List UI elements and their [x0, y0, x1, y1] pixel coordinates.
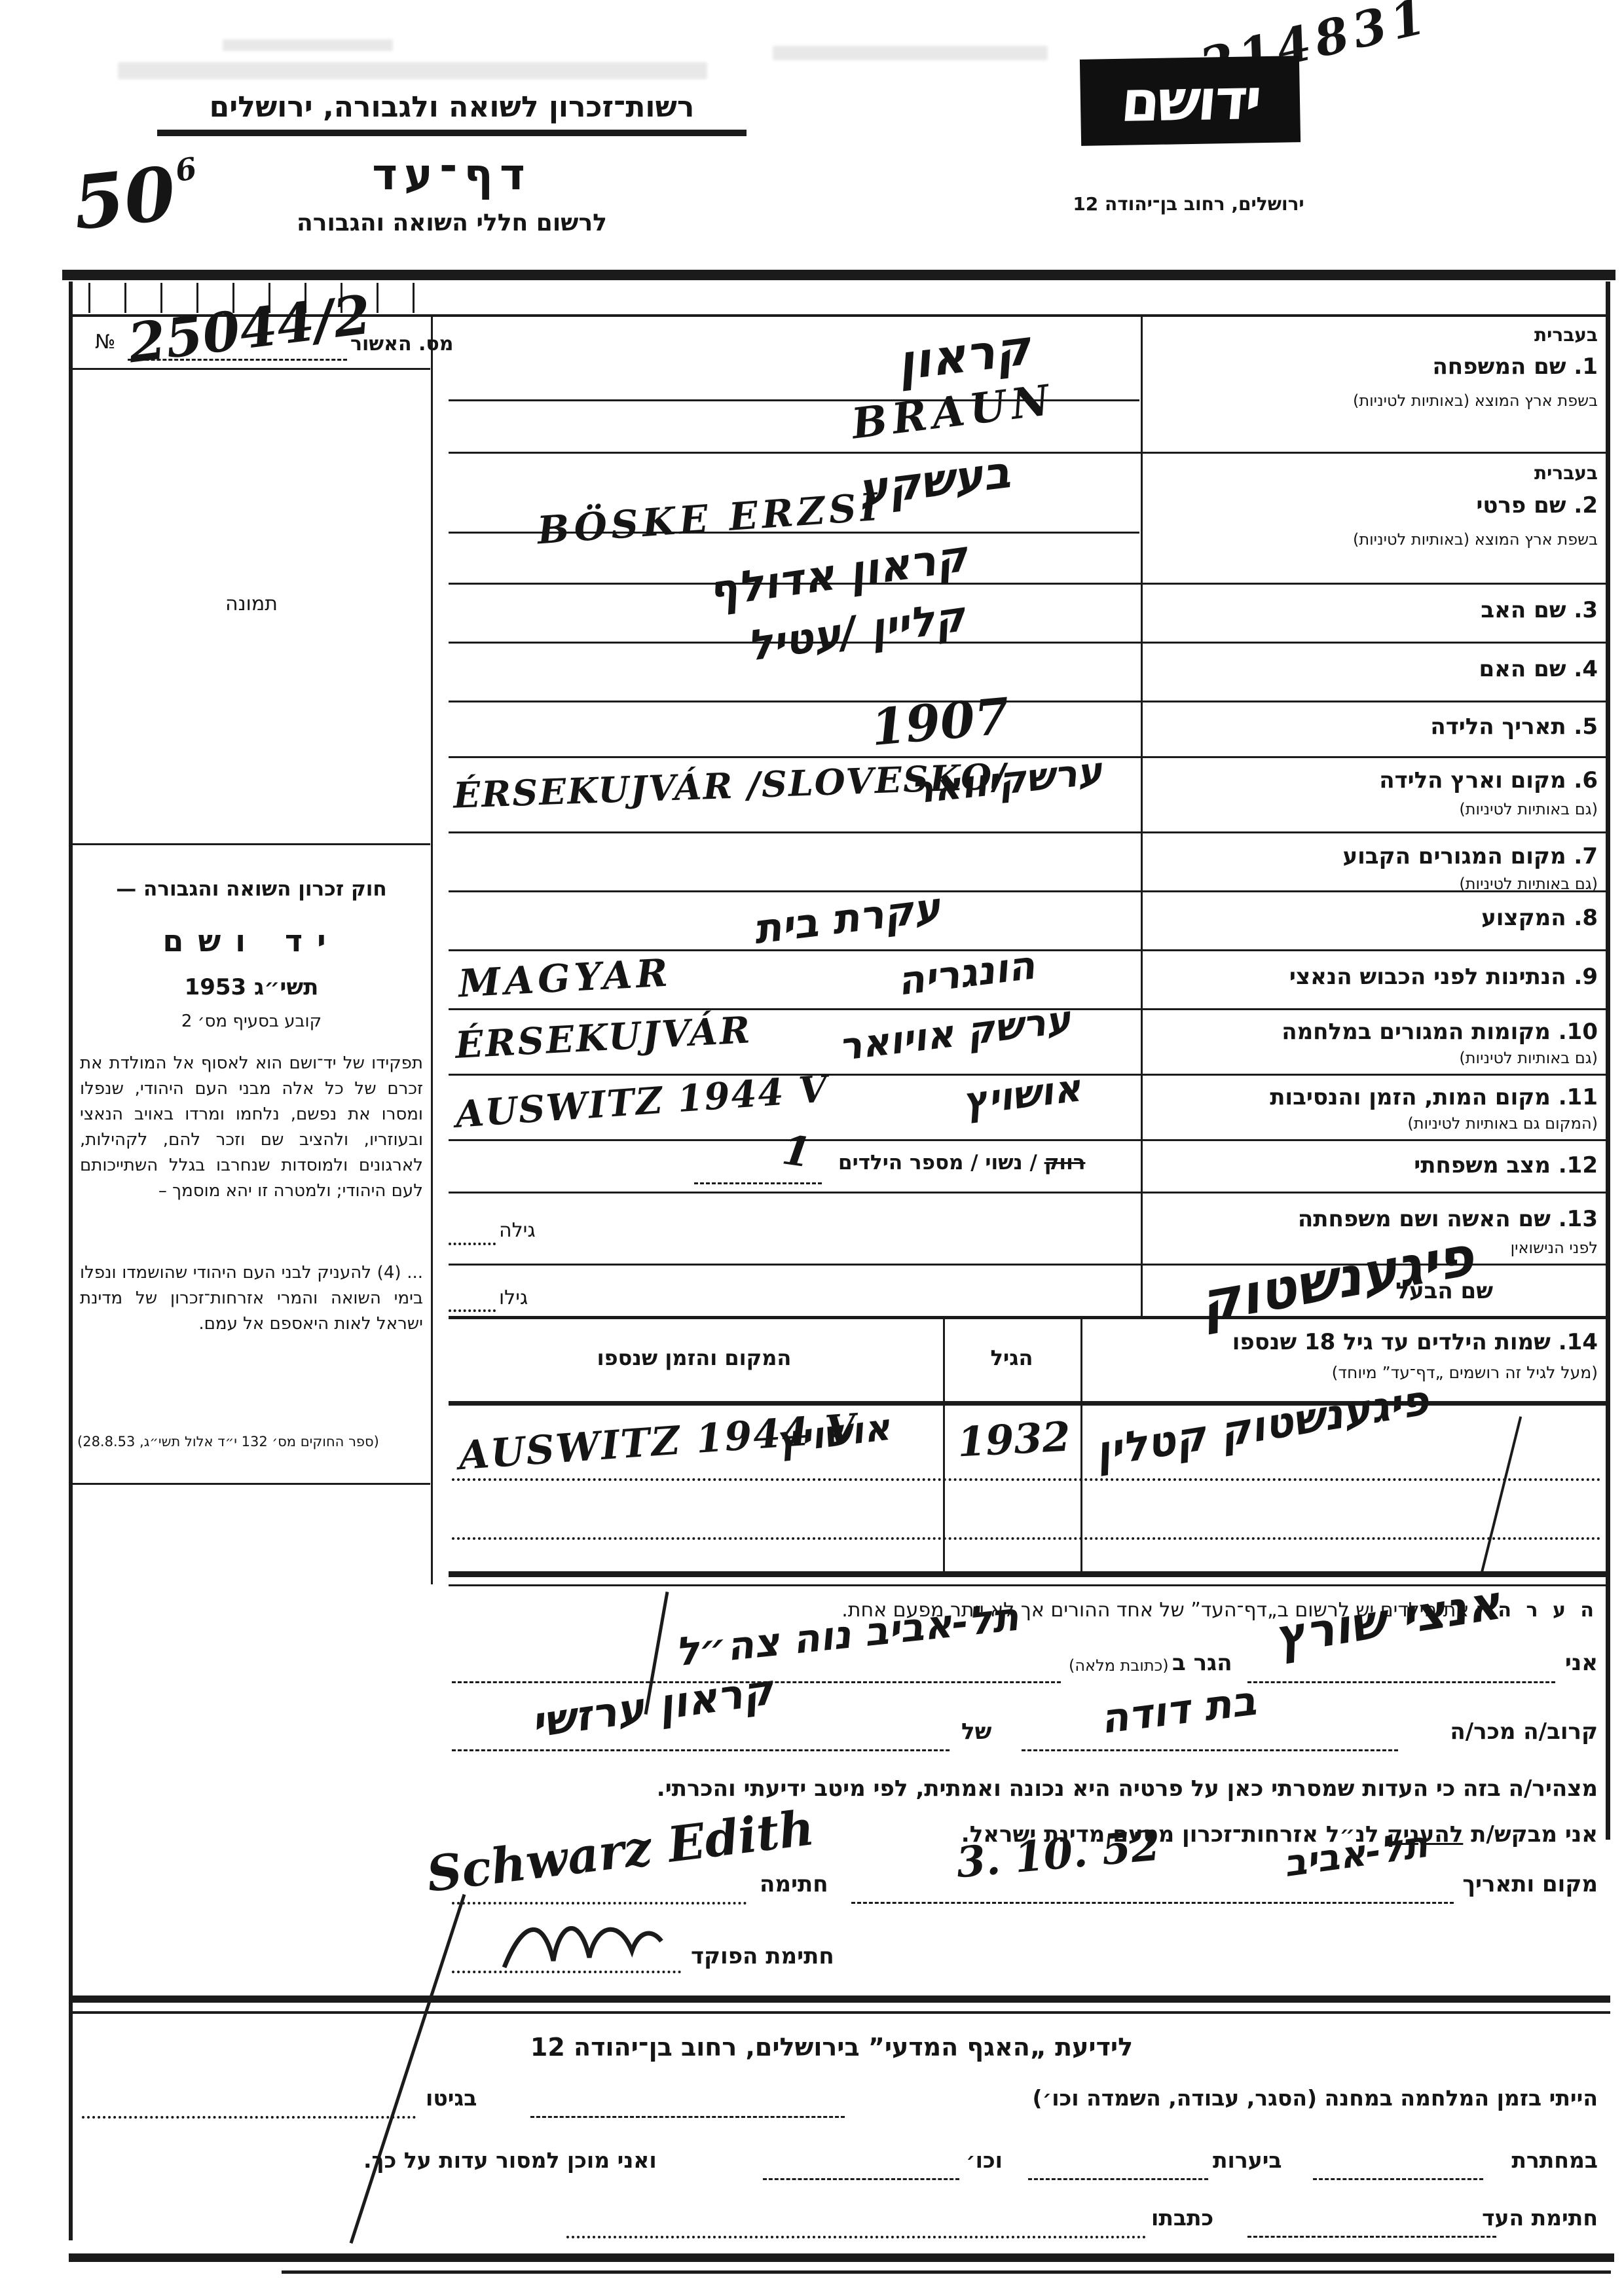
- hand-number-small: 6: [173, 151, 200, 189]
- entry-firstname-latin: BÖSKE ERZSI: [536, 484, 883, 553]
- row-line: [449, 1139, 1606, 1141]
- relation-line: [1022, 1749, 1398, 1751]
- underground-label: במחתרת: [1511, 2147, 1598, 2173]
- field-13-sublabel: לפני הנישואין: [1511, 1239, 1598, 1257]
- table14-column-line: [943, 1316, 945, 1575]
- authority-line: רשות־זכרון לשואה ולגבורה, ירושלים: [154, 90, 750, 124]
- deceased-name-line: [452, 1749, 950, 1751]
- resides-label: הגר ב: [1172, 1650, 1232, 1676]
- scan-noise: [223, 39, 393, 51]
- form-title: דף־עד: [341, 149, 563, 200]
- row-line: [449, 831, 1606, 833]
- entry-surname-latin: BRAUN: [849, 375, 1058, 448]
- authority-underline: [157, 130, 747, 136]
- field-5-label: 5. תאריך הלידה: [1430, 714, 1598, 740]
- bottom-title: לידיעת „האגף המדעי” בירושלים, רחוב בן־יה…: [367, 2033, 1297, 2062]
- table14-title: 14. שמות הילדים עד גיל 18 שנספו: [1232, 1329, 1598, 1355]
- camp-answer-line: [530, 2116, 845, 2118]
- wife-age-label: גילה: [499, 1219, 536, 1242]
- field-1-label: 1. שם המשפחה: [1432, 354, 1598, 380]
- logo-address: ירושלים, רחוב בן־יהודה 12: [1038, 193, 1339, 215]
- willing-to-testify-text: ואני מוכן למסור עדות על כך.: [363, 2147, 657, 2173]
- scan-noise: [773, 46, 1048, 60]
- child-birth-year: 1932: [956, 1413, 1071, 1467]
- field-4-label: 4. שם האם: [1479, 656, 1598, 682]
- field-2-label: 2. שם פרטי: [1476, 492, 1598, 519]
- law-source: (ספר החוקים מס׳ 132 י״ד אלול תשי״ג, 28.8…: [77, 1434, 379, 1449]
- field-3-label: 3. שם האב: [1481, 597, 1598, 623]
- declare-sentence: מצהיר/ה בזה כי העדות שמסרתי כאן על פרטיה…: [657, 1776, 1598, 1802]
- yad-vashem-logo: ידושם: [1080, 56, 1301, 146]
- relation-label: קרוב/ה מכר/ה: [1450, 1719, 1598, 1745]
- signature-line: [452, 1902, 747, 1904]
- field-6-label: 6. מקום וארץ הלידה: [1379, 767, 1598, 793]
- clerk-signature-squiggle: [498, 1905, 668, 1977]
- ghetto-answer-line: [82, 2116, 416, 2119]
- law-paragraph-2: ‏... (4) להעניק לבני העם היהודי שהושמדו …: [80, 1260, 423, 1337]
- table14-age-header: הגיל: [946, 1345, 1077, 1370]
- witness-name-handwritten: אנצי שורץ: [1271, 1575, 1505, 1664]
- border-left: [69, 282, 73, 2240]
- ghetto-label: בגיטו: [426, 2085, 477, 2111]
- tick: [124, 283, 126, 313]
- table14-row-dots: [452, 1537, 1601, 1540]
- signature-label: חתימה: [760, 1871, 828, 1897]
- witness-address-label: כתבתו: [1151, 2205, 1213, 2231]
- field-6-sublabel: (גם באותיות לטיניות): [1459, 800, 1598, 818]
- entry-war-residence-latin: ÉRSEKUJVÁR: [454, 1008, 753, 1067]
- row-line: [449, 583, 1606, 585]
- field-7-label: 7. מקום המגורים הקבוע: [1342, 843, 1598, 869]
- entry-profession: עקרת בית: [751, 883, 943, 953]
- rule-top: [62, 270, 1615, 280]
- table14-place-header: המקום והזמן שנספו: [449, 1345, 940, 1370]
- clerk-label: חתימת הפוקד: [691, 1943, 834, 1969]
- wife-age-dots: [449, 1243, 496, 1245]
- row-line: [449, 1316, 1606, 1319]
- cert-no-symbol: №: [95, 331, 115, 354]
- witness-sig-line: [1247, 2236, 1496, 2238]
- tick: [88, 283, 90, 313]
- forests-label: ביערות: [1213, 2147, 1282, 2173]
- place-date-line: [851, 1902, 1454, 1904]
- row-line: [449, 890, 1606, 892]
- logo-text: ידושם: [1077, 56, 1304, 146]
- underground-answer-line: [1313, 2178, 1483, 2180]
- bottom-rule-thick: [69, 2253, 1614, 2262]
- marital-options: רווק / נשוי / מספר הילדים: [838, 1151, 1604, 1175]
- law-box-bottom: [73, 1483, 430, 1485]
- law-title: חוק זכרון השואה והגבורה —: [75, 877, 428, 901]
- request-pre: אני מבקש/ת: [1463, 1821, 1598, 1848]
- hand-number-large: 50: [69, 151, 180, 247]
- table14-row-dots: [452, 1478, 1601, 1481]
- witness-sig-label: חתימת העד: [1482, 2205, 1598, 2231]
- place-date-label: מקום ותאריך: [1462, 1871, 1598, 1897]
- witness-name-line: [1247, 1681, 1555, 1683]
- field-1-sublabel: בשפת ארץ המוצא (באותיות לטיניות): [1353, 392, 1598, 410]
- husband-age-dots: [449, 1309, 496, 1312]
- form-subtitle: לרשום חללי השואה והגבורה: [242, 210, 661, 236]
- entry-nationality-hebrew: הונגריה: [895, 942, 1038, 1004]
- law-clause: קובע בסעיף מס׳ 2: [75, 1011, 428, 1031]
- tick: [377, 283, 378, 313]
- of-label: של: [961, 1719, 991, 1745]
- field-10-label: 10. מקומות המגורים במלחמה: [1282, 1019, 1598, 1045]
- law-year: תשי״ג 1953: [75, 974, 428, 1000]
- field-8-label: 8. המקצוע: [1481, 905, 1598, 931]
- left-column-divider: [431, 314, 433, 1584]
- section-rule-thin: [69, 2011, 1610, 2014]
- child-name: פיגענשטוק קטלין: [1092, 1376, 1431, 1477]
- photo-label: תמונה: [73, 592, 430, 615]
- table14-bottom-rule: [449, 1571, 1606, 1577]
- law-paragraph-1: תפקידו של יד־ושם הוא לאסוף אל המולדת את …: [80, 1051, 423, 1204]
- marital-rest-options: / נשוי / מספר הילדים: [838, 1151, 1044, 1175]
- row-line: [449, 701, 1606, 702]
- forests-answer-line: [1028, 2178, 1208, 2180]
- witness-signature: Schwarz Edith: [424, 1800, 817, 1903]
- entry-children-count: 1: [779, 1125, 814, 1176]
- husband-age-label: גילו: [499, 1286, 528, 1309]
- entry-death-place-latin: AUSWITZ 1944 V: [454, 1067, 830, 1137]
- entry-nationality-latin: MAGYAR: [457, 951, 673, 1006]
- marital-struck-option: רווק: [1044, 1151, 1086, 1175]
- field-9-label: 9. הנתינות לפני הכבוש הנאצי: [1289, 964, 1598, 990]
- scan-noise: [118, 62, 707, 79]
- etc-label: וכו׳: [966, 2147, 1003, 2173]
- declaration-i-label: אני: [1565, 1650, 1598, 1676]
- pen-stroke: [1480, 1416, 1522, 1576]
- field-11-label: 11. מקום המות, הזמן והנסיבות: [1270, 1084, 1598, 1110]
- bottom-rule-thin: [282, 2270, 1611, 2274]
- border-right: [1606, 282, 1610, 1840]
- field-1-pre: בעברית: [1534, 324, 1598, 346]
- tick: [413, 283, 415, 313]
- field-2-pre: בעברית: [1534, 462, 1598, 484]
- row-line: [449, 1192, 1606, 1194]
- law-box-top: [73, 843, 430, 845]
- section-rule-thick: [69, 1995, 1610, 2003]
- table14-header-bottom: [449, 1401, 1606, 1406]
- row-line: [449, 452, 1606, 454]
- cert-row-underline: [73, 368, 430, 370]
- testimony-page: 214831 ידושם ירושלים, רחוב בן־יהודה 12 ר…: [0, 0, 1624, 2296]
- witness-address-line: [566, 2236, 1146, 2238]
- field-10-sublabel: (גם באותיות לטיניות): [1459, 1049, 1598, 1067]
- address-note: (כתובת מלאה): [1069, 1656, 1169, 1675]
- relation-handwritten: בת דודה: [1098, 1677, 1259, 1743]
- pen-stroke-long: [350, 1894, 466, 2244]
- entry-birth-year: 1907: [869, 687, 1012, 757]
- field-2-sublabel: בשפת ארץ המוצא (באותיות לטיניות): [1353, 530, 1598, 549]
- table14-column-line: [1080, 1316, 1082, 1575]
- law-name: יד ושם: [75, 923, 428, 958]
- row-line: [449, 642, 1606, 644]
- table14-subtitle: (מעל לגיל זה רושמים „דף־עד” מיוחד): [1332, 1363, 1598, 1382]
- field-11-sublabel: (המקום גם באותיות לטיניות): [1407, 1114, 1598, 1133]
- etc-answer-line: [763, 2178, 959, 2180]
- camp-line-label: הייתי בזמן המלחמה במחנה (הסגר, עבודה, הש…: [1033, 2085, 1598, 2111]
- marital-answer-line: [694, 1182, 822, 1184]
